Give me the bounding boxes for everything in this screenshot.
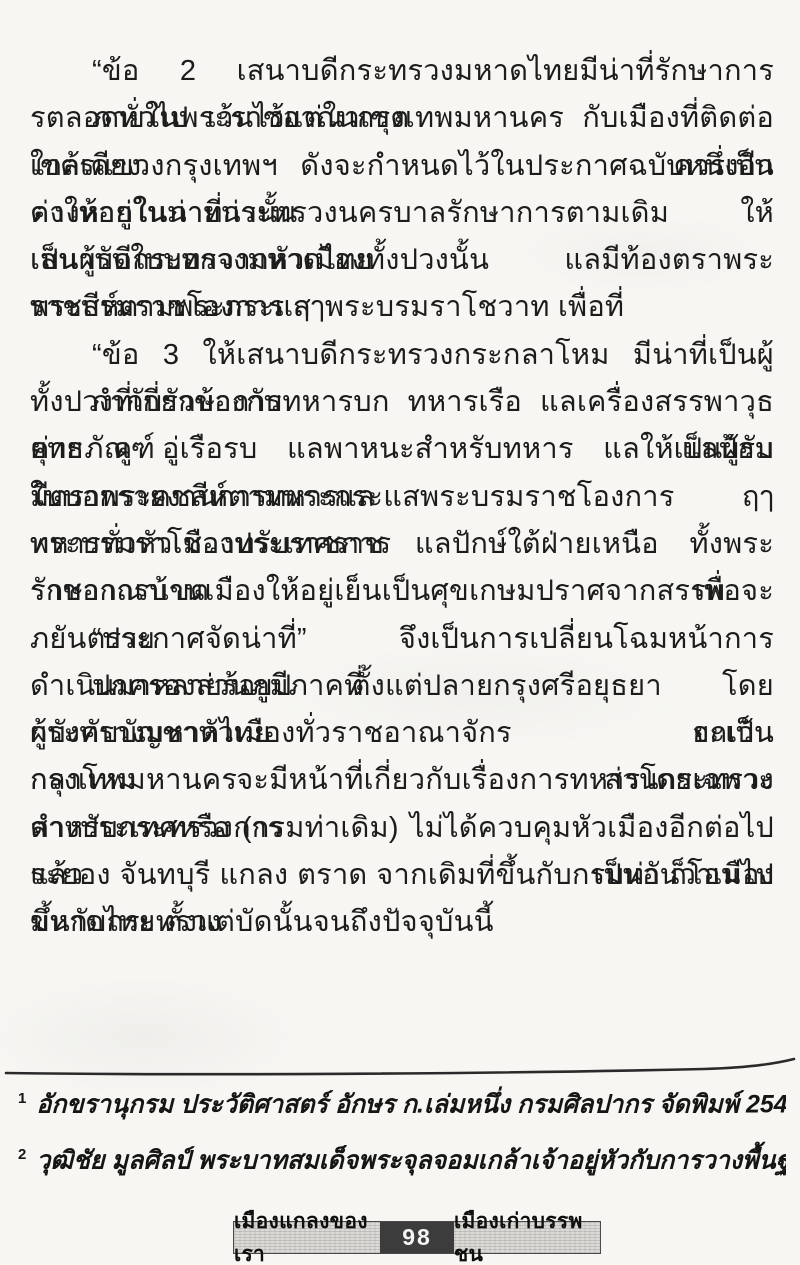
text-line: เขตรแขวงกรุงเทพฯ ดังจะกำหนดไว้ในประกาศฉบ… xyxy=(30,143,774,190)
text-line: มีตราพระคชสีห์ตามพระกระแสพระบรมราชโองการ… xyxy=(30,474,774,521)
paragraph-kho3: “ข้อ 3 ให้เสนาบดีกระทรวงกระกลาโหม มีน่าท… xyxy=(30,332,774,616)
text-line: “ข้อ 2 เสนาบดีกระทรวงมหาดไทยมีน่าที่รักษ… xyxy=(30,48,774,95)
text-line: ดำเนินมาหลายร้อยปี ตั้งแต่ปลายกรุงศรีอยุ… xyxy=(30,663,774,710)
text-line: รักษาการบ้านเมืองให้อยู่เย็นเป็นศุขเกษมป… xyxy=(30,568,774,615)
footnote-1: 1อักขรานุกรม ประวัติศาสตร์ อักษร ก.เล่มห… xyxy=(18,1082,786,1121)
text-line: เป็นผู้รับใบบอกจากหัวเมืองทั้งปวงนั้น แล… xyxy=(30,237,774,284)
footnote-marker: 1 xyxy=(18,1090,26,1107)
text-line: “ประกาศจัดน่าที่” จึงเป็นการเปลี่ยนโฉมหน… xyxy=(30,616,774,663)
text-line: กลาโหม จะมีหน้าที่เกี่ยวกับเรื่องการทหาร… xyxy=(30,757,774,804)
footnote-marker: 2 xyxy=(18,1146,26,1163)
footnote-2: 2วุฒิชัย มูลศิลป์ พระบาทสมเด็จพระจุลจอมเ… xyxy=(18,1138,786,1177)
text-line: “ข้อ 3 ให้เสนาบดีกระทรวงกระกลาโหม มีน่าท… xyxy=(30,332,774,379)
text-line: ต่างประเทศหรือ (กรมท่าเดิม) ไม่ได้ควบคุม… xyxy=(30,805,774,852)
text-line: ค่าย คู อู่เรือรบ แลพาหนะสำหรับทหาร แลให… xyxy=(30,426,774,473)
paragraph-prakat: “ประกาศจัดน่าที่” จึงเป็นการเปลี่ยนโฉมหน… xyxy=(30,616,774,947)
footnote-divider-rule xyxy=(4,1056,796,1080)
footer-right-label: เมืองเก่าบรรพชน xyxy=(454,1222,600,1253)
text-line: ระยอง จันทบุรี แกลง ตราด จากเดิมที่ขึ้นก… xyxy=(30,852,774,899)
text-line: มหาดไทย ตั้งแต่บัดนั้นจนถึงปัจจุบันนี้ xyxy=(30,899,774,946)
footnote-text: อักขรานุกรม ประวัติศาสตร์ อักษร ก.เล่มหน… xyxy=(36,1090,786,1118)
page-number: 98 xyxy=(380,1222,454,1253)
text-line: คงให้อยู่ในน่าที่กระทรวงนครบาลรักษาการตา… xyxy=(30,190,774,237)
footer-left-label: เมืองแกลงของเรา xyxy=(234,1222,380,1253)
text-line: รตลอดทั่วไป เว้นไว้แต่ในกรุงเทพมหานคร กั… xyxy=(30,95,774,142)
footnote-text: วุฒิชัย มูลศิลป์ พระบาทสมเด็จพระจุลจอมเก… xyxy=(36,1146,786,1174)
text-line: พระบรมราชโองการ ฤๅพระบรมราโชวาท เพื่อที่ xyxy=(30,284,774,331)
text-line: ทหารทั่วหัวเมืองประเทศราช แลปักษ์ใต้ฝ่าย… xyxy=(30,521,774,568)
text-line: ทั้งปวงที่เกี่ยวข้องกับทหารบก ทหารเรือ แ… xyxy=(30,379,774,426)
body-text: “ข้อ 2 เสนาบดีกระทรวงมหาดไทยมีน่าที่รักษ… xyxy=(30,48,774,947)
text-line: ผู้บังคับบัญชาหัวเมืองทั่วราชอาณาจักร ยก… xyxy=(30,710,774,757)
footer-band: เมืองแกลงของเรา 98 เมืองเก่าบรรพชน xyxy=(233,1221,601,1254)
paragraph-kho2: “ข้อ 2 เสนาบดีกระทรวงมหาดไทยมีน่าที่รักษ… xyxy=(30,48,774,332)
